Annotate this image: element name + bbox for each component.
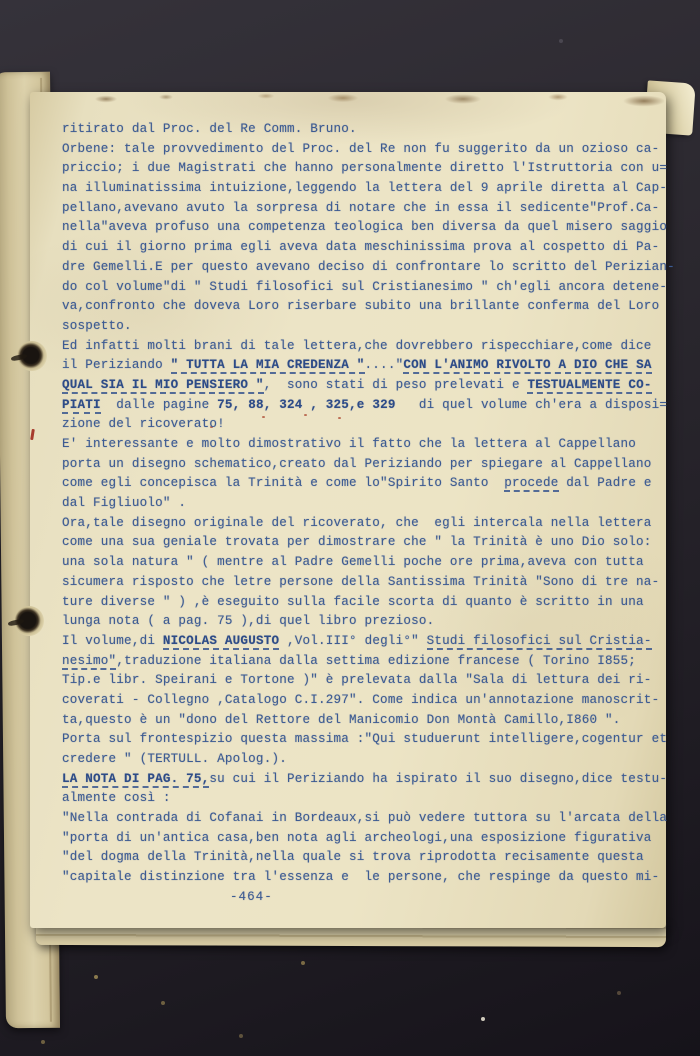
text-line: ture diverse " ) ,è eseguito sulla facil… bbox=[62, 593, 662, 613]
text-segment: Tip.e libr. Speirani e Tortone )" è prel… bbox=[62, 673, 652, 687]
text-line: una sola natura " ( mentre al Padre Geme… bbox=[62, 553, 662, 573]
text-segment: nella"aveva profuso una competenza teolo… bbox=[62, 220, 667, 234]
text-segment: ta,questo è un "dono del Rettore del Man… bbox=[62, 713, 621, 727]
text-segment: coverati - Collegno ,Catalogo C.I.297". … bbox=[62, 693, 659, 707]
text-segment: nesimo" bbox=[62, 654, 116, 670]
text-segment: di quel volume ch'era a disposi= bbox=[396, 398, 668, 412]
text-line: va,confronto che doveva Loro riserbare s… bbox=[62, 297, 662, 317]
text-line: ta,questo è un "dono del Rettore del Man… bbox=[62, 711, 662, 731]
text-line: LA NOTA DI PAG. 75,su cui il Periziando … bbox=[62, 770, 662, 790]
text-line: "del dogma della Trinità,nella quale si … bbox=[62, 848, 662, 868]
text-line: "porta di un'antica casa,ben nota agli a… bbox=[62, 829, 662, 849]
text-segment: credere " (TERTULL. Apolog.). bbox=[62, 752, 287, 766]
text-line: porta un disegno schematico,creato dal P… bbox=[62, 455, 662, 475]
text-segment: ,Vol.III° degli°" bbox=[279, 634, 426, 648]
text-segment: su cui il Periziando ha ispirato il suo … bbox=[209, 772, 667, 786]
text-segment: almente così : bbox=[62, 791, 171, 805]
typewritten-text: ritirato dal Proc. del Re Comm. Bruno.Or… bbox=[62, 120, 662, 908]
text-line: do col volume"di " Studi filosofici sul … bbox=[62, 278, 662, 298]
text-line: dal Figliuolo" . bbox=[62, 494, 662, 514]
text-segment: QUAL SIA IL MIO PENSIERO " bbox=[62, 378, 264, 394]
text-segment: "porta di un'antica casa,ben nota agli a… bbox=[62, 831, 652, 845]
text-line: coverati - Collegno ,Catalogo C.I.297". … bbox=[62, 691, 662, 711]
text-segment: "capitale distinzione tra l'essenza e le… bbox=[62, 870, 659, 884]
punch-hole bbox=[17, 341, 47, 371]
text-segment: Il volume,di bbox=[62, 634, 163, 648]
text-segment: Orbene: tale provvedimento del Proc. del… bbox=[62, 142, 659, 156]
text-line: PIATI dalle pagine 75, 88, 324 , 325,e 3… bbox=[62, 396, 662, 416]
text-segment: LA NOTA DI PAG. 75, bbox=[62, 772, 209, 788]
text-segment: TESTUALMENTE CO- bbox=[527, 378, 651, 394]
text-segment: dre Gemelli.E per questo avevano deciso … bbox=[62, 260, 675, 274]
text-line: Tip.e libr. Speirani e Tortone )" è prel… bbox=[62, 671, 662, 691]
text-segment: una sola natura " ( mentre al Padre Geme… bbox=[62, 555, 644, 569]
text-segment: sicumera risposto che letre persone dell… bbox=[62, 575, 659, 589]
page-number: -464- bbox=[62, 888, 662, 908]
text-line: zione del ricoverato! bbox=[62, 415, 662, 435]
text-line: na illuminatissima intuizione,leggendo l… bbox=[62, 179, 662, 199]
text-segment: come una sua geniale trovata per dimostr… bbox=[62, 535, 652, 549]
text-segment: , sono stati di peso prelevati e bbox=[264, 378, 528, 392]
text-line: QUAL SIA IL MIO PENSIERO ", sono stati d… bbox=[62, 376, 662, 396]
text-segment: ture diverse " ) ,è eseguito sulla facil… bbox=[62, 595, 644, 609]
text-segment: pellano,avevano avuto la sorpresa di not… bbox=[62, 201, 659, 215]
text-segment: 75, 88, 324 , 325,e 329 bbox=[217, 398, 395, 412]
text-segment: CON L'ANIMO RIVOLTO A DIO CHE SA bbox=[403, 358, 651, 374]
text-segment: sospetto. bbox=[62, 319, 132, 333]
text-line: Il volume,di NICOLAS AUGUSTO ,Vol.III° d… bbox=[62, 632, 662, 652]
text-segment: priccio; i due Magistrati che hanno pers… bbox=[62, 161, 667, 175]
text-segment: dal Figliuolo" . bbox=[62, 496, 186, 510]
text-line: nella"aveva profuso una competenza teolo… bbox=[62, 218, 662, 238]
text-segment: Ed infatti molti brani di tale lettera,c… bbox=[62, 339, 652, 353]
text-line: Porta sul frontespizio questa massima :"… bbox=[62, 730, 662, 750]
text-segment: dalle pagine bbox=[101, 398, 217, 412]
text-line: Ora,tale disegno originale del ricoverat… bbox=[62, 514, 662, 534]
text-segment: come egli concepisca la Trinità e come l… bbox=[62, 476, 504, 490]
text-segment: ,traduzione italiana dalla settima edizi… bbox=[116, 654, 636, 668]
text-line: Ed infatti molti brani di tale lettera,c… bbox=[62, 337, 662, 357]
paper-debris bbox=[0, 0, 2, 2]
text-line: E' interessante e molto dimostrativo il … bbox=[62, 435, 662, 455]
text-segment: "del dogma della Trinità,nella quale si … bbox=[62, 850, 644, 864]
text-line: sicumera risposto che letre persone dell… bbox=[62, 573, 662, 593]
text-line: credere " (TERTULL. Apolog.). bbox=[62, 750, 662, 770]
text-segment: Porta sul frontespizio questa massima :"… bbox=[62, 732, 667, 746]
text-line: Orbene: tale provvedimento del Proc. del… bbox=[62, 140, 662, 160]
text-segment: va,confronto che doveva Loro riserbare s… bbox=[62, 299, 659, 313]
text-line: "capitale distinzione tra l'essenza e le… bbox=[62, 868, 662, 888]
text-line: dre Gemelli.E per questo avevano deciso … bbox=[62, 258, 662, 278]
text-segment: "Nella contrada di Cofanai in Bordeaux,s… bbox=[62, 811, 667, 825]
punch-hole bbox=[14, 606, 44, 636]
text-line: come egli concepisca la Trinità e come l… bbox=[62, 474, 662, 494]
text-segment: il Periziando bbox=[62, 358, 171, 372]
text-segment: ritirato dal Proc. del Re Comm. Bruno. bbox=[62, 122, 357, 136]
text-segment: dal Padre e bbox=[559, 476, 652, 490]
text-segment: Ora,tale disegno originale del ricoverat… bbox=[62, 516, 652, 530]
text-segment: Studi filosofici sul Cristia- bbox=[427, 634, 652, 650]
text-line: almente così : bbox=[62, 789, 662, 809]
text-line: nesimo",traduzione italiana dalla settim… bbox=[62, 652, 662, 672]
text-segment: E' interessante e molto dimostrativo il … bbox=[62, 437, 636, 451]
text-segment: na illuminatissima intuizione,leggendo l… bbox=[62, 181, 667, 195]
text-line: ritirato dal Proc. del Re Comm. Bruno. bbox=[62, 120, 662, 140]
photo-background: ritirato dal Proc. del Re Comm. Bruno.Or… bbox=[0, 0, 700, 1056]
text-segment: procede bbox=[504, 476, 558, 492]
text-line: pellano,avevano avuto la sorpresa di not… bbox=[62, 199, 662, 219]
text-line: di cui il giorno prima egli aveva data m… bbox=[62, 238, 662, 258]
text-segment: PIATI bbox=[62, 398, 101, 414]
text-segment: NICOLAS AUGUSTO bbox=[163, 634, 279, 650]
text-line: priccio; i due Magistrati che hanno pers… bbox=[62, 159, 662, 179]
text-segment: di cui il giorno prima egli aveva data m… bbox=[62, 240, 659, 254]
text-line: "Nella contrada di Cofanai in Bordeaux,s… bbox=[62, 809, 662, 829]
text-line: il Periziando " TUTTA LA MIA CREDENZA ".… bbox=[62, 356, 662, 376]
text-segment: ...." bbox=[365, 358, 404, 372]
text-segment: zione del ricoverato! bbox=[62, 417, 225, 431]
text-segment: do col volume"di " Studi filosofici sul … bbox=[62, 280, 667, 294]
text-line: lunga nota ( a pag. 75 ),di quel libro p… bbox=[62, 612, 662, 632]
text-line: come una sua geniale trovata per dimostr… bbox=[62, 533, 662, 553]
text-segment: porta un disegno schematico,creato dal P… bbox=[62, 457, 652, 471]
text-segment: lunga nota ( a pag. 75 ),di quel libro p… bbox=[62, 614, 434, 628]
text-line: sospetto. bbox=[62, 317, 662, 337]
text-segment: " TUTTA LA MIA CREDENZA " bbox=[171, 358, 365, 374]
